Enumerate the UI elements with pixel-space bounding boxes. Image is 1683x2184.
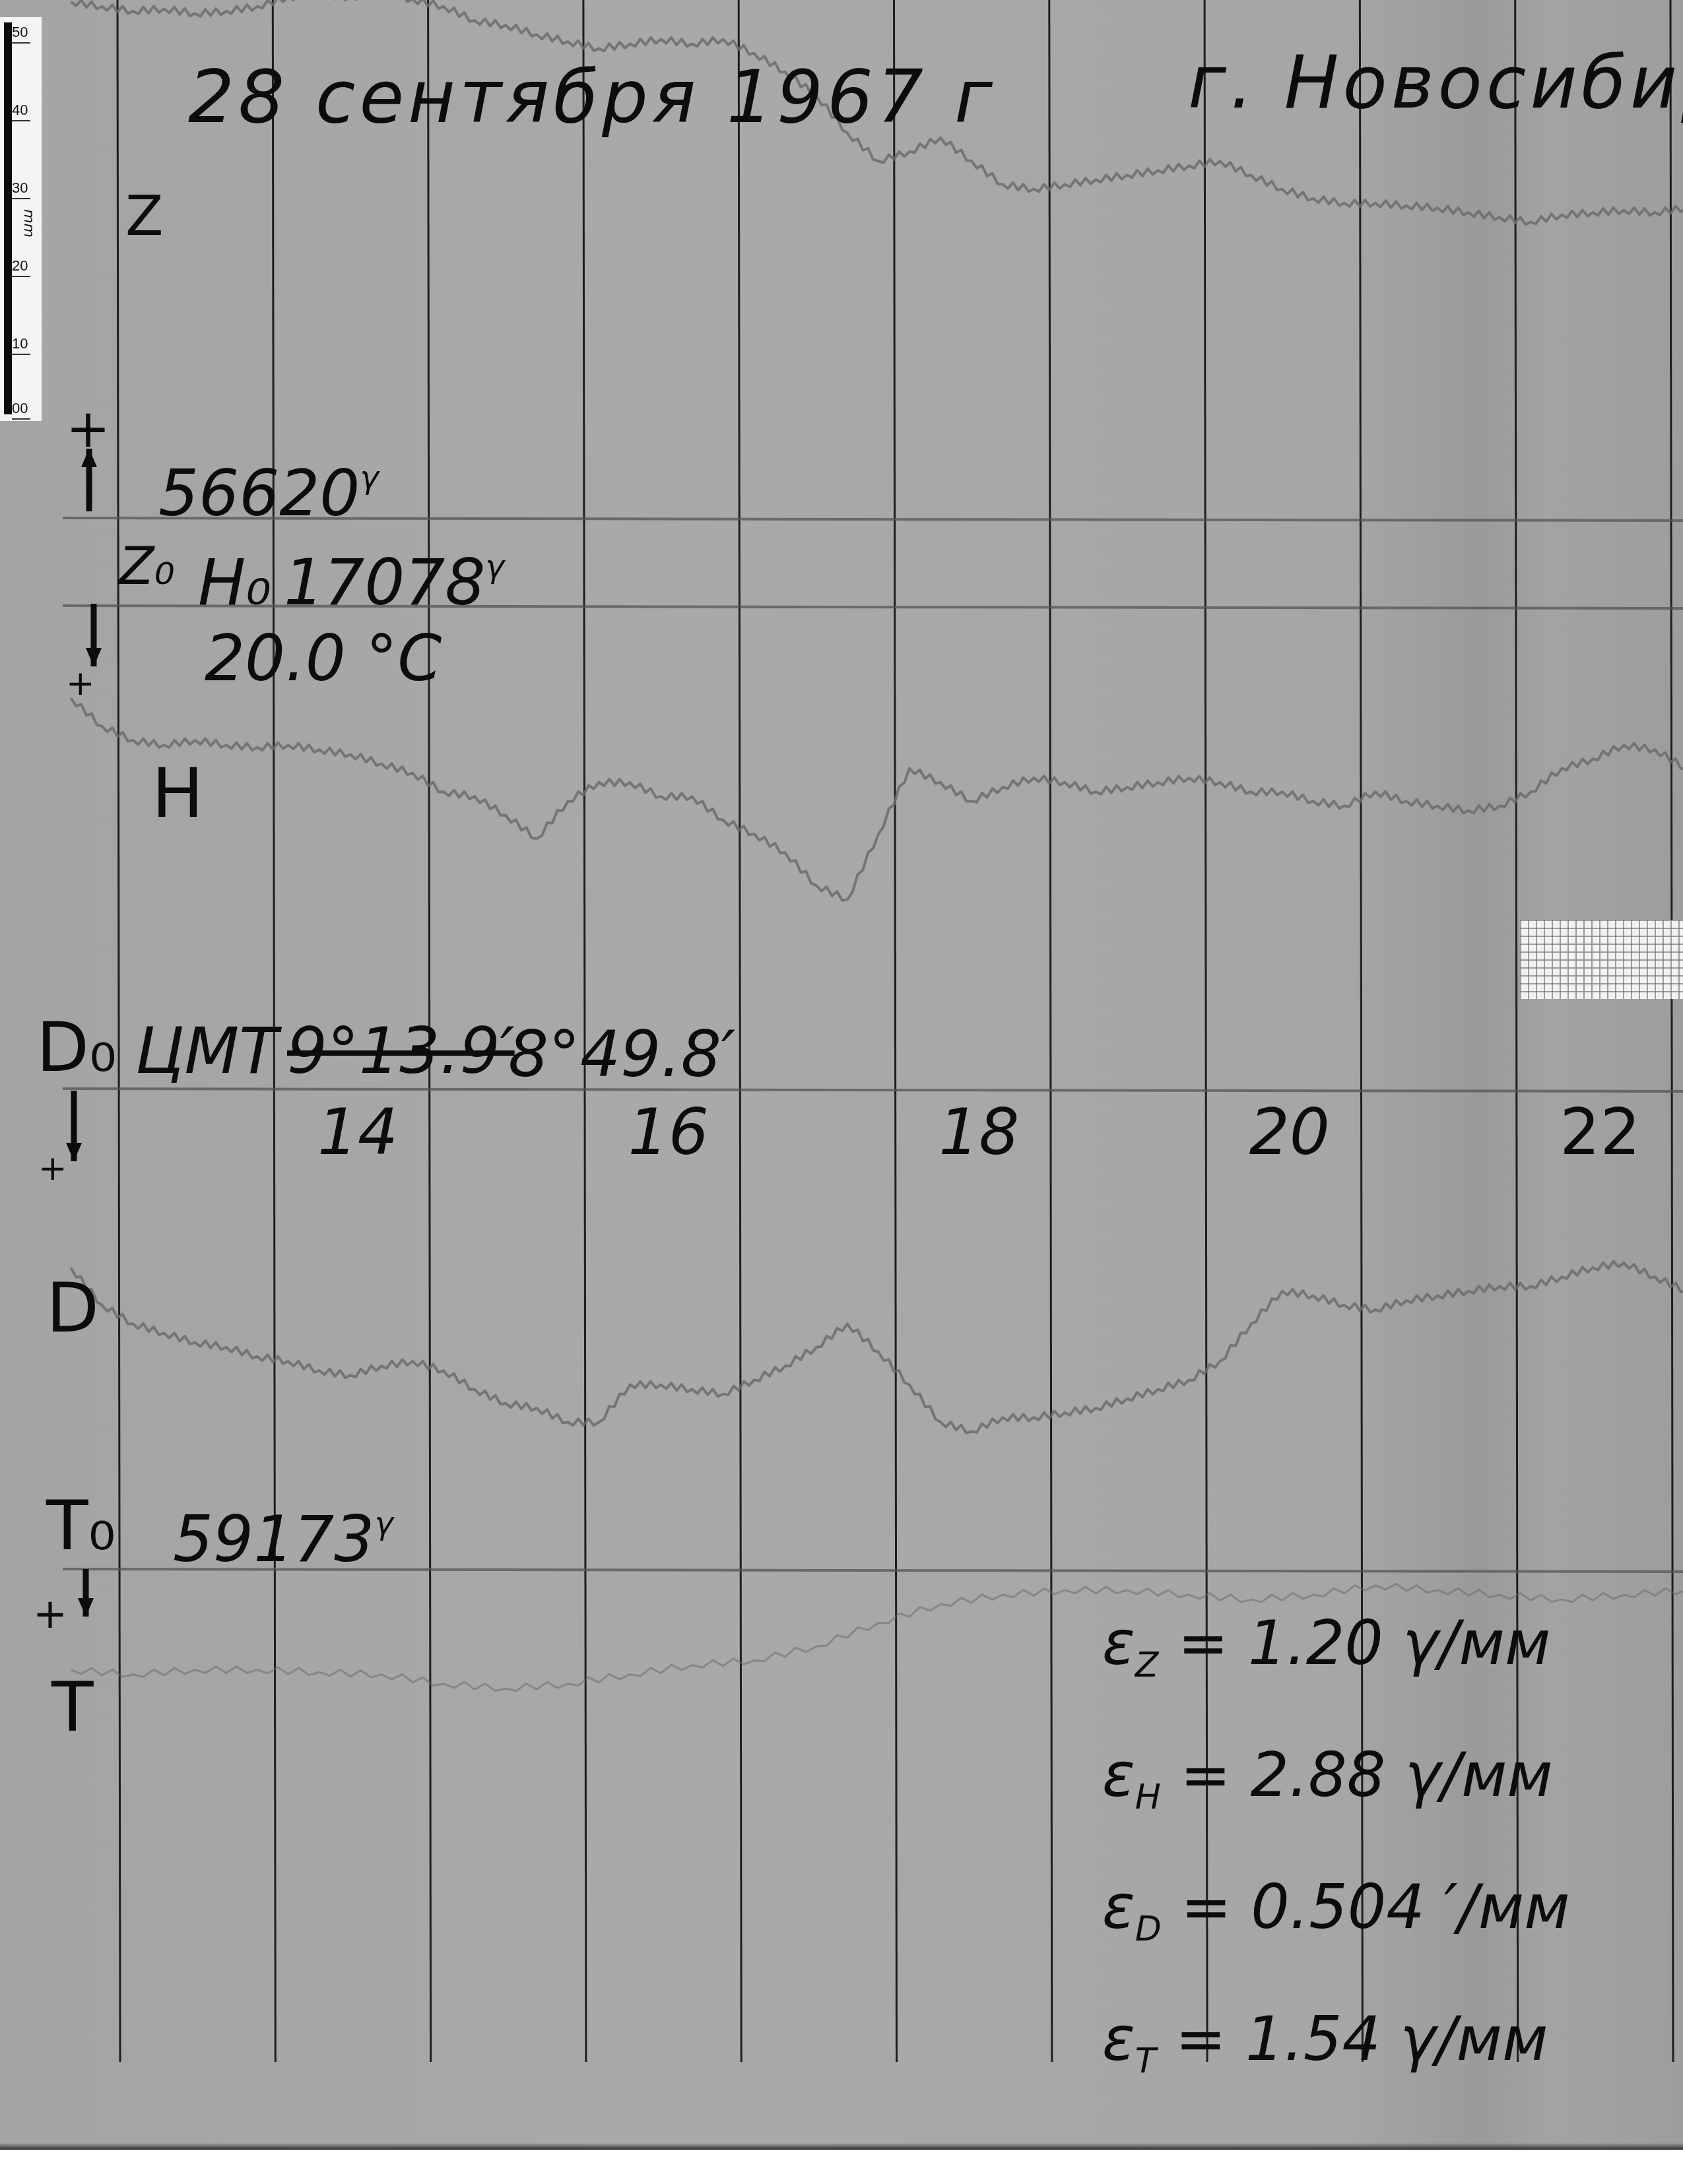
scale-value-d: εD = 0.504 ′/мм (1102, 1877, 1570, 1946)
d0-value: 8°49.8′ (508, 1023, 736, 1086)
down-arrow-icon-head (66, 1143, 82, 1161)
d0-struck-value: 9°13.9′ (287, 1019, 515, 1083)
plus-sign: + (66, 666, 95, 701)
ruler-tick: 20 (12, 257, 28, 274)
hour-label: 18 (939, 1101, 1019, 1164)
z0-label: Z₀ (119, 541, 175, 593)
station-name: г. Новосибир (1188, 46, 1683, 119)
mesh-tape-patch (1520, 920, 1683, 999)
magnetogram-chart (0, 0, 1683, 2184)
trace-h (71, 698, 1683, 901)
hour-grid-line (117, 0, 120, 2062)
ruler-bar (4, 22, 12, 414)
t-component-label: T (51, 1673, 94, 1741)
temperature: 20.0 °C (205, 627, 442, 690)
plus-sign: + (66, 402, 110, 455)
down-arrow-icon-head (78, 1598, 94, 1617)
ruler-tick: 50 (12, 24, 28, 41)
ruler-tick: 30 (12, 179, 28, 197)
hour-label: 16 (628, 1101, 709, 1164)
ruler-unit: mm (20, 209, 37, 238)
ruler-tick: 00 (12, 400, 28, 417)
record-date: 28 сентября 1967 г (188, 61, 997, 133)
mm-scale-ruler: 50 40 30 20 10 00 mm (0, 17, 42, 421)
ruler-tick: 10 (12, 335, 28, 352)
scale-value-h: εH = 2.88 γ/мм (1102, 1745, 1553, 1815)
scale-value-z: εZ = 1.20 γ/мм (1102, 1613, 1550, 1683)
plus-sign: + (33, 1593, 67, 1634)
d0-label: D₀ (36, 1013, 117, 1081)
trace-d (71, 1261, 1683, 1433)
hour-grid-line (1670, 0, 1673, 2062)
z0-value: 56620γ (158, 462, 379, 525)
time-reference: ЦМТ (135, 1019, 278, 1083)
hour-label: 20 (1249, 1101, 1330, 1164)
t0-label: T₀ (46, 1491, 115, 1560)
h0-value: 17078γ (284, 551, 504, 614)
variation-traces (71, 0, 1683, 1691)
h0-label: H₀ (198, 551, 271, 614)
plus-sign: + (38, 1151, 67, 1186)
z-component-label: Z (125, 188, 164, 243)
scale-value-t: εT = 1.54 γ/мм (1102, 2009, 1548, 2078)
h-component-label: H (152, 759, 203, 827)
t0-value: 59173γ (173, 1508, 393, 1571)
hour-grid-line (1049, 0, 1052, 2062)
hour-grid-line (894, 0, 897, 2062)
baseline-line (63, 1089, 1683, 1091)
hour-label: 22 (1560, 1101, 1640, 1164)
d-component-label: D (46, 1273, 99, 1342)
ruler-tick: 40 (12, 102, 28, 119)
hour-grid-line (739, 0, 741, 2062)
hour-label: 14 (317, 1101, 398, 1164)
